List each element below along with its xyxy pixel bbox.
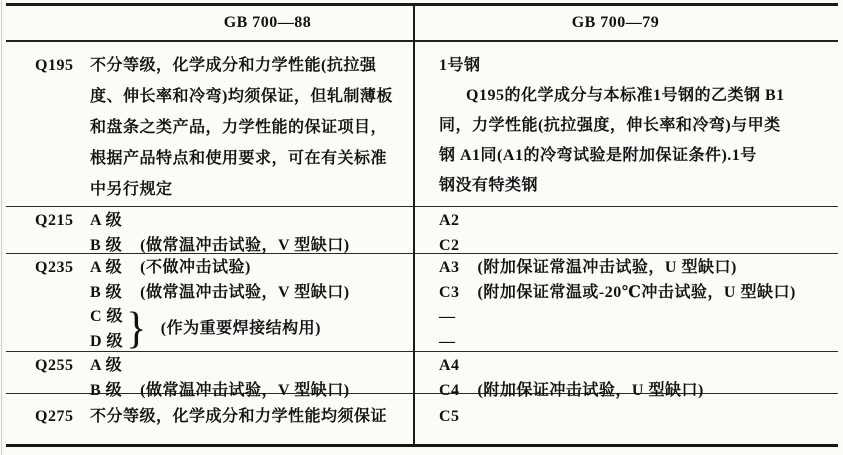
table-row-q235: Q235 A 级 (不做冲击试验) B 级 (做常温冲击试验，V 型缺口) C … — [6, 254, 838, 352]
table-row-q275: Q275 不分等级，化学成分和力学性能均须保证 C5 — [6, 394, 838, 444]
q255-left-description: A 级 B 级 (做常温冲击试验，V 型缺口) — [90, 354, 403, 393]
q255-right-description: A4 C4 (附加保证冲击试验，U 型缺口) — [413, 352, 838, 393]
q235-weld-note: (作为重要焊接结构用) — [161, 317, 321, 342]
q195-right-description: 1号钢 Q195的化学成分与本标准1号钢的乙类钢 B1 同，力学性能(抗拉强度，… — [413, 42, 838, 206]
header-label-gb700-88: GB 700—88 — [224, 14, 312, 31]
q215-right-description: A2 C2 — [413, 207, 838, 253]
q215-grade-label: Q215 — [35, 209, 90, 253]
table-row-q215: Q215 A 级 B 级 (做常温冲击试验，V 型缺口) A2 C2 — [6, 207, 838, 254]
q235-left-cell: Q235 A 级 (不做冲击试验) B 级 (做常温冲击试验，V 型缺口) C … — [6, 254, 413, 351]
table-row-q195: Q195 不分等级，化学成分和力学性能(抗拉强 度、伸长率和冷弯)均须保证，但轧… — [6, 42, 838, 207]
q235-grade-d: D 级 — [90, 333, 123, 350]
scan-edge-artifact — [1, 0, 2, 455]
table-header-row: GB 700—88 GB 700—79 — [6, 6, 838, 42]
q275-left-description: 不分等级，化学成分和力学性能均须保证 — [90, 405, 403, 444]
brace-glyph: } — [126, 304, 147, 355]
q235-grades-c-d-group: C 级D 级 } (作为重要焊接结构用) — [90, 305, 403, 354]
header-label-gb700-79: GB 700—79 — [572, 14, 660, 31]
q195-grade-label: Q195 — [35, 50, 90, 206]
q235-grade-label: Q235 — [35, 256, 90, 351]
header-cell-gb700-88: GB 700—88 — [6, 14, 413, 32]
q215-left-description: A 级 B 级 (做常温冲击试验，V 型缺口) — [90, 209, 403, 253]
column-divider-rule — [413, 6, 415, 444]
q255-grade-label: Q255 — [35, 354, 90, 393]
q235-right-description: A3 (附加保证常温冲击试验，U 型缺口) C3 (附加保证常温或-20℃冲击试… — [413, 254, 838, 351]
q195-left-cell: Q195 不分等级，化学成分和力学性能(抗拉强 度、伸长率和冷弯)均须保证，但轧… — [6, 42, 413, 206]
comparison-table: GB 700—88 GB 700—79 Q195 不分等级，化学成分和力学性能(… — [6, 3, 838, 447]
q275-left-cell: Q275 不分等级，化学成分和力学性能均须保证 — [6, 394, 413, 444]
q235-grades-a-b: A 级 (不做冲击试验) B 级 (做常温冲击试验，V 型缺口) — [90, 256, 403, 305]
q275-grade-label: Q275 — [35, 405, 90, 444]
q235-grade-c: C 级 — [90, 308, 123, 325]
q235-left-description: A 级 (不做冲击试验) B 级 (做常温冲击试验，V 型缺口) C 级D 级 … — [90, 256, 403, 351]
q235-grades-c-d-labels: C 级D 级 — [90, 305, 123, 354]
table-row-q255: Q255 A 级 B 级 (做常温冲击试验，V 型缺口) A4 C4 (附加保证… — [6, 352, 838, 394]
q215-left-cell: Q215 A 级 B 级 (做常温冲击试验，V 型缺口) — [6, 207, 413, 253]
q195-left-description: 不分等级，化学成分和力学性能(抗拉强 度、伸长率和冷弯)均须保证，但轧制薄板 和… — [90, 50, 403, 206]
q255-left-cell: Q255 A 级 B 级 (做常温冲击试验，V 型缺口) — [6, 352, 413, 393]
scanned-standards-comparison-page: GB 700—88 GB 700—79 Q195 不分等级，化学成分和力学性能(… — [0, 0, 843, 455]
q275-right-description: C5 — [413, 394, 838, 444]
header-cell-gb700-79: GB 700—79 — [413, 14, 838, 32]
